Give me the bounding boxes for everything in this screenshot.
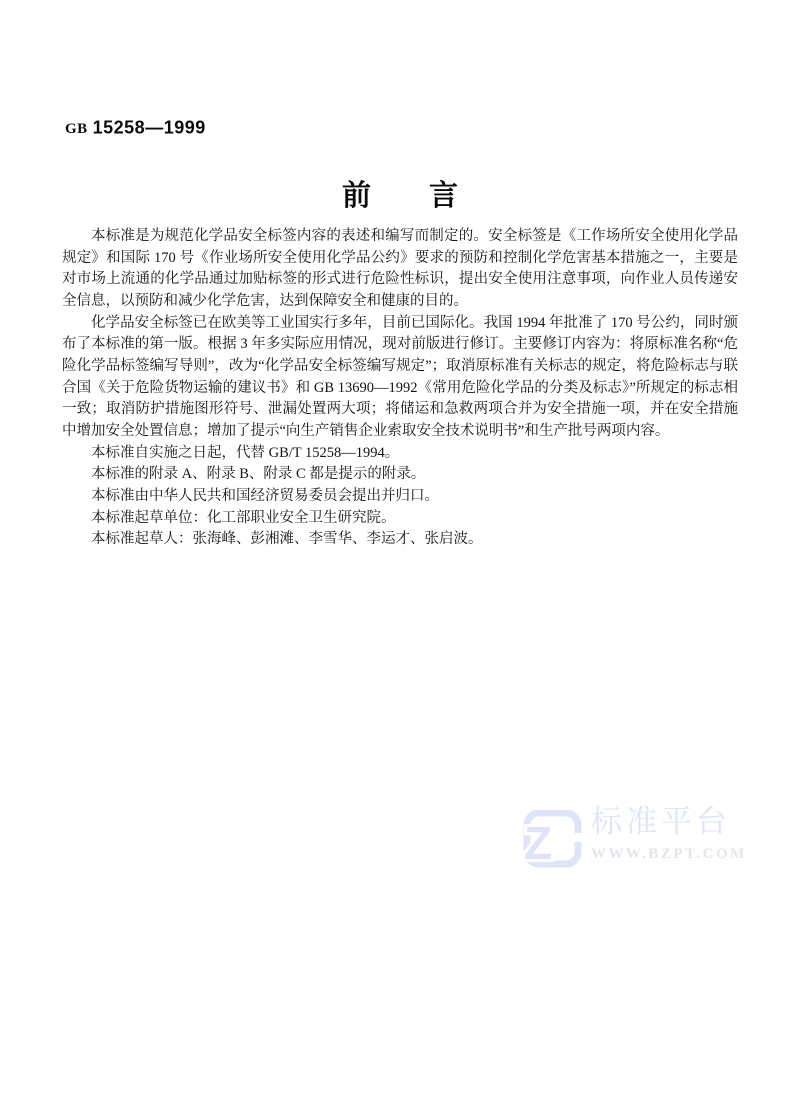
foreword-paragraph: 本标准起草人：张海峰、彭湘滩、李雪华、李运才、张启波。 — [62, 529, 738, 551]
standard-code-prefix: GB — [65, 121, 88, 137]
page-title: 前 言 — [60, 179, 740, 213]
watermark-texts: 标准平台 WWW.BZPT.COM — [591, 804, 747, 863]
foreword-paragraph: 化学品安全标签已在欧美等工业国实行多年，目前已国际化。我国 1994 年批准了 … — [62, 313, 738, 443]
document-page: GB 15258—1999 前 言 本标准是为规范化学品安全标签内容的表述和编写… — [0, 0, 800, 1112]
foreword-paragraph: 本标准是为规范化学品安全标签内容的表述和编写而制定的。安全标签是《工作场所安全使… — [62, 226, 738, 313]
foreword-paragraph: 本标准自实施之日起，代替 GB/T 15258—1994。 — [62, 443, 738, 465]
bz-logo-icon: Z — [522, 810, 582, 868]
standard-code-number: 15258—1999 — [93, 116, 206, 138]
foreword-content: 本标准是为规范化学品安全标签内容的表述和编写而制定的。安全标签是《工作场所安全使… — [62, 226, 738, 551]
standard-code: GB 15258—1999 — [65, 117, 206, 138]
watermark-url-text: WWW.BZPT.COM — [591, 845, 747, 863]
bz-logo-letter: Z — [524, 817, 552, 868]
foreword-paragraph: 本标准由中华人民共和国经济贸易委员会提出并归口。 — [62, 486, 738, 508]
watermark-brand-text: 标准平台 — [591, 804, 747, 840]
foreword-paragraph: 本标准起草单位：化工部职业安全卫生研究院。 — [62, 508, 738, 530]
foreword-paragraph: 本标准的附录 A、附录 B、附录 C 都是提示的附录。 — [62, 464, 738, 486]
watermark: Z 标准平台 WWW.BZPT.COM — [522, 804, 747, 868]
